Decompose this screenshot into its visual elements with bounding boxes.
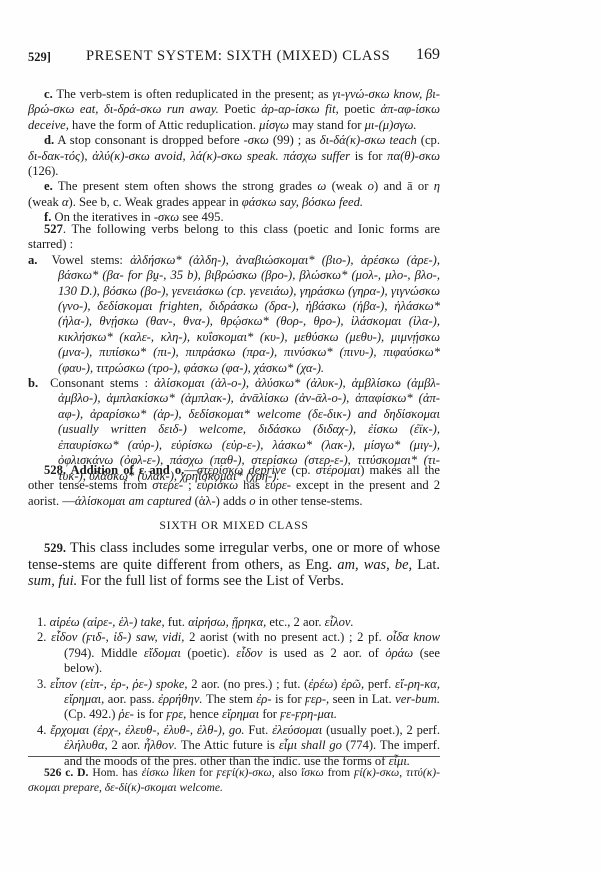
footnote-rule bbox=[28, 756, 440, 757]
greek: ἀρ-αρ-ίσκω bbox=[261, 102, 319, 116]
greek: ἀλύ(κ)-σκω bbox=[92, 149, 150, 163]
text: seen in Lat. bbox=[329, 692, 395, 706]
text: for bbox=[259, 707, 280, 721]
text: Vowel stems: bbox=[52, 253, 130, 267]
section-title: . Addition of ε and ο. bbox=[63, 463, 184, 477]
greek: η bbox=[434, 179, 440, 193]
text: 2 aor. (no pres.) ; fut. ( bbox=[188, 677, 309, 691]
greek: μίσγω bbox=[259, 118, 289, 132]
greek: πάσχω bbox=[283, 149, 316, 163]
greek: ϝερ-, bbox=[305, 692, 329, 706]
text: poetic bbox=[339, 102, 381, 116]
gloss: sum, fui. bbox=[28, 573, 77, 589]
greek: ἐρρήθην. bbox=[158, 692, 202, 706]
item-number: 3. bbox=[37, 677, 46, 691]
text: aor. pass. bbox=[104, 692, 158, 706]
para-label: b. bbox=[28, 376, 38, 390]
footnote-ref: 526 c. D. bbox=[44, 766, 88, 779]
gloss: say, bbox=[277, 195, 299, 209]
para-label: a. bbox=[28, 253, 37, 267]
greek: στέρομαι bbox=[316, 463, 360, 477]
text: — bbox=[184, 463, 197, 477]
greek: (ϝιδ-, ἰδ-) bbox=[77, 630, 136, 644]
greek: (ἐρχ-, ἐλευθ-, ἐλυθ-, ἐλθ-), bbox=[89, 723, 229, 737]
gloss: take, bbox=[141, 615, 165, 629]
text: Lat. bbox=[412, 557, 440, 573]
greek: ἦλθον. bbox=[144, 738, 177, 752]
text: Consonant stems : bbox=[50, 376, 154, 390]
text: ) and ā or bbox=[374, 179, 434, 193]
greek: εὑρε- bbox=[265, 478, 291, 492]
text: For the full list of forms see the List … bbox=[77, 573, 344, 589]
para-527a: a. Vowel stems: ἀλδήσκω* (ἀλδη-), ἀναβιώ… bbox=[28, 253, 440, 376]
gloss: deceive, bbox=[28, 118, 69, 132]
greek: εἶπον bbox=[50, 677, 77, 691]
section-number: 528 bbox=[44, 463, 63, 477]
list-item: 2. εἶδον (ϝιδ-, ἰδ-) saw, vidi, 2 aorist… bbox=[28, 630, 440, 676]
text: may stand for bbox=[289, 118, 365, 132]
text: 2 aorist (with no present act.) ; 2 pf. bbox=[184, 630, 386, 644]
text: have the form of Attic reduplication. bbox=[69, 118, 259, 132]
gloss: go. bbox=[229, 723, 245, 737]
section-ref: 529] bbox=[28, 50, 51, 65]
text: fut. bbox=[165, 615, 188, 629]
gloss: ver-bum. bbox=[395, 692, 440, 706]
text: The stem bbox=[203, 692, 257, 706]
greek: ἐρέω bbox=[308, 677, 333, 691]
text: (794). Middle bbox=[64, 646, 144, 660]
text: ) bbox=[333, 677, 341, 691]
text: for bbox=[195, 766, 216, 779]
text: (usually poet.), 2 perf. bbox=[322, 723, 440, 737]
greek: -σκω bbox=[244, 133, 269, 147]
gloss: prepare, bbox=[60, 781, 102, 794]
text: Hom. has bbox=[88, 766, 141, 779]
text: . The following verbs belong to this cla… bbox=[28, 222, 440, 251]
greek: ϝρε, bbox=[166, 707, 186, 721]
gloss: suffer bbox=[317, 149, 350, 163]
text: hence bbox=[186, 707, 222, 721]
text: is for bbox=[350, 149, 387, 163]
greek: (αἱρε-, ἑλ-) bbox=[80, 615, 141, 629]
greek: λά(κ)-σκω bbox=[190, 149, 242, 163]
gloss: saw, vidi, bbox=[136, 630, 185, 644]
gloss: welcome. bbox=[177, 781, 223, 794]
gloss: run away. bbox=[161, 102, 218, 116]
book-page: 529] PRESENT SYSTEM: SIXTH (MIXED) CLASS… bbox=[0, 0, 601, 872]
para-527-intro: 527. The following verbs belong to this … bbox=[28, 222, 440, 253]
text: (weak bbox=[28, 195, 62, 209]
greek: α bbox=[62, 195, 69, 209]
list-item: 3. εἶπον (εἰπ-, ἐρ-, ῥε-) spoke, 2 aor. … bbox=[28, 677, 440, 723]
text: etc., 2 aor. bbox=[266, 615, 324, 629]
section-heading: SIXTH OR MIXED CLASS bbox=[28, 518, 440, 533]
running-title: PRESENT SYSTEM: SIXTH (MIXED) CLASS bbox=[86, 48, 390, 65]
greek: δι-δρά-σκω bbox=[104, 102, 161, 116]
greek: βόσκω bbox=[302, 195, 336, 209]
text: has bbox=[238, 478, 265, 492]
greek: δι-δακ-τός bbox=[28, 149, 80, 163]
greek: εἶδον bbox=[236, 646, 262, 660]
para-526e: e. The present stem often shows the stro… bbox=[28, 179, 440, 210]
gloss: shall go bbox=[297, 738, 342, 752]
section-528: 528. Addition of ε and ο.—στερίσκω depri… bbox=[28, 463, 440, 509]
verb-list: 1. αἱρέω (αἱρε-, ἑλ-) take, fut. αἱρήσω,… bbox=[28, 615, 440, 769]
text: is for bbox=[272, 692, 305, 706]
section-number: 527 bbox=[44, 222, 63, 236]
para-528: 528. Addition of ε and ο.—στερίσκω depri… bbox=[28, 463, 440, 509]
item-number: 4. bbox=[37, 723, 46, 737]
greek: ϝε-ϝρη-μαι. bbox=[280, 707, 337, 721]
greek: ὁράω bbox=[385, 646, 413, 660]
greek: ϝεϝί(κ)-σκω, bbox=[217, 766, 275, 779]
greek: ἐλεύσομαι bbox=[272, 723, 322, 737]
gloss: liken bbox=[169, 766, 195, 779]
text: Fut. bbox=[245, 723, 273, 737]
para-526d: d. A stop consonant is dropped before -σ… bbox=[28, 133, 440, 179]
greek: δι-δά(κ)-σκω bbox=[320, 133, 386, 147]
greek: στερε- bbox=[152, 478, 183, 492]
gloss: deprive bbox=[243, 463, 286, 477]
greek: ῥε- bbox=[119, 707, 134, 721]
gloss: welcome, bbox=[199, 422, 246, 436]
item-number: 1. bbox=[37, 615, 46, 629]
text: (poetic). bbox=[181, 646, 236, 660]
running-head: 529] PRESENT SYSTEM: SIXTH (MIXED) CLASS… bbox=[28, 48, 440, 70]
greek: δε-δί(κ)-σκομαι bbox=[105, 781, 177, 794]
text: is used as 2 aor. of bbox=[262, 646, 385, 660]
gloss: feed. bbox=[336, 195, 363, 209]
text: Poetic bbox=[219, 102, 261, 116]
para-label: c. bbox=[44, 87, 53, 101]
text: 2 aor. bbox=[108, 738, 144, 752]
greek: ω bbox=[317, 179, 326, 193]
item-number: 2. bbox=[37, 630, 46, 644]
greek: εἴρημαι bbox=[222, 707, 259, 721]
text: The Attic future is bbox=[177, 738, 279, 752]
greek: ἐλήλυθα, bbox=[64, 738, 108, 752]
text: (126). bbox=[28, 164, 58, 178]
text: (cp. bbox=[417, 133, 440, 147]
text: is for bbox=[134, 707, 167, 721]
greek: (εἰπ-, ἐρ-, ῥε-) bbox=[77, 677, 156, 691]
text: The present stem often shows the strong … bbox=[53, 179, 318, 193]
gloss: speak. bbox=[242, 149, 279, 163]
greek: αἱρήσω, ᾕρηκα, bbox=[188, 615, 266, 629]
text: (cp. bbox=[286, 463, 316, 477]
text: from bbox=[324, 766, 354, 779]
greek: εἴδομαι bbox=[144, 646, 181, 660]
footnote: 526 c. D. Hom. has ἐίσκω liken for ϝεϝί(… bbox=[28, 765, 440, 795]
gloss: teach bbox=[386, 133, 417, 147]
page-number: 169 bbox=[416, 46, 440, 64]
greek: εἶμι bbox=[279, 738, 297, 752]
text: ). See b, c. Weak grades appear in bbox=[69, 195, 242, 209]
greek: ϝί(κ)-σκω, bbox=[354, 766, 402, 779]
section-number: 529. bbox=[44, 541, 66, 555]
list-item: 1. αἱρέω (αἱρε-, ἑλ-) take, fut. αἱρήσω,… bbox=[28, 615, 440, 630]
greek: ἀπ-αφ-ίσκω bbox=[380, 102, 440, 116]
text: (99) ; as bbox=[269, 133, 320, 147]
greek: φάσκω bbox=[242, 195, 277, 209]
text: The verb-stem is often reduplicated in t… bbox=[56, 87, 332, 101]
greek: εὑρίσκω bbox=[197, 478, 238, 492]
section-527: 527. The following verbs belong to this … bbox=[28, 222, 440, 484]
text: ; bbox=[183, 478, 197, 492]
text: perf. bbox=[364, 677, 395, 691]
gloss: know, bbox=[390, 87, 423, 101]
greek: στερίσκω bbox=[197, 463, 243, 477]
gloss: am captured bbox=[125, 494, 191, 508]
greek: εἷλον. bbox=[325, 615, 354, 629]
greek: πα(θ)-σκω bbox=[387, 149, 440, 163]
greek: ἔρχομαι bbox=[50, 723, 89, 737]
text: A stop consonant is dropped before bbox=[54, 133, 243, 147]
gloss: avoid, bbox=[150, 149, 186, 163]
text: also bbox=[275, 766, 301, 779]
text: (ἁλ-) adds bbox=[191, 494, 249, 508]
greek: ἐρ- bbox=[256, 692, 271, 706]
greek: ἴσκω bbox=[301, 766, 324, 779]
gloss: fit, bbox=[320, 102, 339, 116]
greek: ἐίσκω bbox=[142, 766, 169, 779]
greek: εἶδον bbox=[51, 630, 77, 644]
greek: ἐρῶ, bbox=[341, 677, 364, 691]
para-529: 529. This class includes some irregular … bbox=[28, 540, 440, 590]
gloss: eat, bbox=[74, 102, 103, 116]
gloss: spoke, bbox=[156, 677, 188, 691]
text: in other tense-stems. bbox=[256, 494, 363, 508]
list-item: 4. ἔρχομαι (ἐρχ-, ἐλευθ-, ἐλυθ-, ἐλθ-), … bbox=[28, 723, 440, 769]
para-label: d. bbox=[44, 133, 54, 147]
section-526-continued: c. The verb-stem is often reduplicated i… bbox=[28, 87, 440, 226]
greek: οἶδα bbox=[386, 630, 408, 644]
greek: ἁλίσκομαι bbox=[75, 494, 126, 508]
greek: μι-(μ)σγω. bbox=[365, 118, 417, 132]
text: ), bbox=[80, 149, 92, 163]
footnote-526: 526 c. D. Hom. has ἐίσκω liken for ϝεϝί(… bbox=[28, 765, 440, 795]
para-526c: c. The verb-stem is often reduplicated i… bbox=[28, 87, 440, 133]
para-label: e. bbox=[44, 179, 53, 193]
greek: αἱρέω bbox=[50, 615, 80, 629]
gloss: frighten, bbox=[159, 299, 202, 313]
gloss: am, was, be, bbox=[337, 557, 412, 573]
gloss: welcome bbox=[257, 407, 301, 421]
text: (Cp. 492.) bbox=[64, 707, 119, 721]
gloss: know bbox=[409, 630, 440, 644]
greek: γι-γνώ-σκω bbox=[332, 87, 389, 101]
text: (weak bbox=[326, 179, 367, 193]
section-529: 529. This class includes some irregular … bbox=[28, 540, 440, 590]
